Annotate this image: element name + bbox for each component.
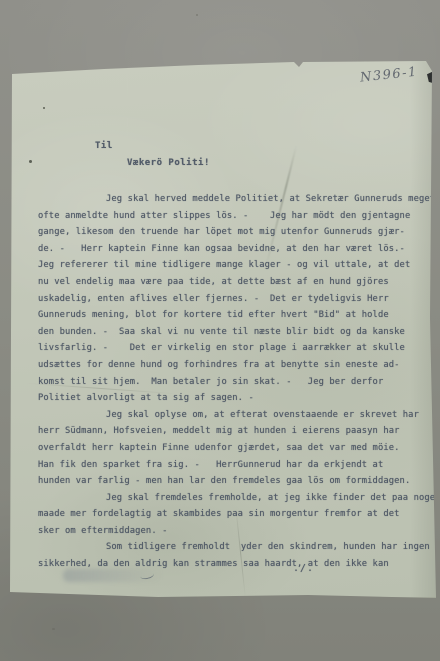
photo-backdrop: N396-1 Til Vækerö Politi! Jeg skal herve… xyxy=(0,0,440,661)
letter-page: N396-1 Til Vækerö Politi! Jeg skal herve… xyxy=(8,58,436,604)
paper-bottom-edge xyxy=(8,597,436,604)
typed-line: ofte anmeldte hund atter slippes lös. - … xyxy=(38,208,430,225)
typed-line: hunden var farlig - men han lar den frem… xyxy=(38,473,430,490)
typed-line: Han fik den sparket fra sig. - HerrGunne… xyxy=(38,457,430,474)
typed-line: komst til sit hjem. Man betaler jo sin s… xyxy=(38,374,430,391)
typed-line: uskadelig, enten aflives eller fjernes. … xyxy=(38,291,430,308)
letter-body: Jeg skal herved meddele Politiet, at Sek… xyxy=(38,191,430,573)
typed-line: nu vel endelig maa være paa tide, at det… xyxy=(38,274,430,291)
typed-line: sker om eftermiddagen. - xyxy=(38,523,430,540)
typed-line: maade mer fordelagtig at skambides paa s… xyxy=(38,506,430,523)
typed-line: Politiet alvorligt at ta sig af sagen. - xyxy=(38,390,430,407)
typed-line: Som tidligere fremholdt yder den skindre… xyxy=(38,539,430,556)
paper-speck xyxy=(43,107,45,109)
typed-line: Jeg refererer til mine tidligere mange k… xyxy=(38,257,430,274)
typed-line: udsættes for denne hund og forhindres fr… xyxy=(38,357,430,374)
typed-line: Jeg skal fremdeles fremholde, at jeg ikk… xyxy=(38,490,430,507)
typed-line: Jeg skal oplyse om, at efterat ovenstaae… xyxy=(38,407,430,424)
typed-line: gange, likesom den truende har löpet mot… xyxy=(38,224,430,241)
continuation-mark: ./. xyxy=(293,563,314,574)
recipient-name: Vækerö Politi! xyxy=(127,158,210,168)
archive-number-annotation: N396-1 xyxy=(359,63,430,85)
recipient-salutation: Til xyxy=(95,141,113,151)
backdrop-speck xyxy=(196,14,198,16)
paper-speck xyxy=(29,160,32,163)
typed-line: overfaldt herr kaptein Finne udenfor gjæ… xyxy=(38,440,430,457)
typed-line: herr Südmann, Hofsveien, meddelt mig at … xyxy=(38,423,430,440)
typed-line: livsfarlig. - Det er virkelig en stor pl… xyxy=(38,340,430,357)
backdrop-speck xyxy=(52,628,55,630)
typed-line: de. - Herr kaptein Finne kan ogsaa bevid… xyxy=(38,241,430,258)
typed-line: Gunneruds mening, blot for kortere tid e… xyxy=(38,307,430,324)
typed-line: den bunden. - Saa skal vi nu vente til n… xyxy=(38,324,430,341)
typed-line: Jeg skal herved meddele Politiet, at Sek… xyxy=(38,191,430,208)
